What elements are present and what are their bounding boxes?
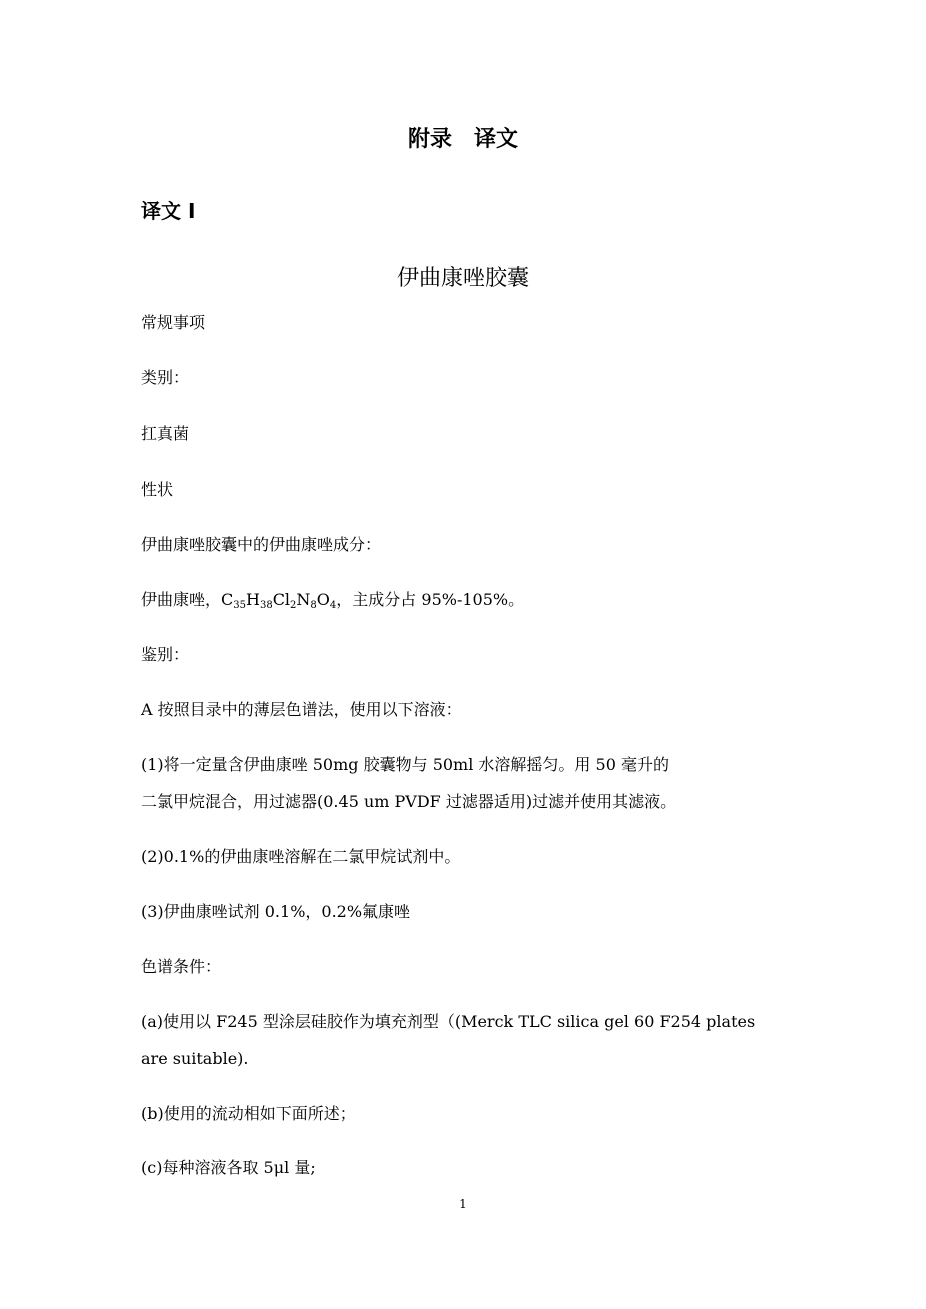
paragraph-condition-a-1: (a)使用以 F245 型涂层硅胶作为填充剂型（(Merck TLC silic… — [141, 1012, 755, 1032]
paragraph-general: 常规事项 — [141, 313, 205, 333]
paragraph-category-label: 类别： — [141, 368, 189, 388]
section-heading: 译文 I — [141, 195, 195, 224]
paragraph-condition-a-2: are suitable). — [141, 1049, 249, 1069]
paragraph-formula: 伊曲康唑，C35H38Cl2N8O4，主成分占 95%-105%。 — [141, 590, 524, 616]
paragraph-solution-3: (3)伊曲康唑试剂 0.1%，0.2%氟康唑 — [141, 902, 410, 922]
paragraph-solution-2: (2)0.1%的伊曲康唑溶解在二氯甲烷试剂中。 — [141, 847, 460, 867]
paragraph-solution-1a: (1)将一定量含伊曲康唑 50mg 胶囊物与 50ml 水溶解摇匀。用 50 毫… — [141, 755, 669, 775]
paragraph-tlc-method: A 按照目录中的薄层色谱法，使用以下溶液： — [141, 700, 462, 720]
paragraph-chromatography-conditions: 色谱条件： — [141, 957, 221, 977]
paragraph-condition-b: (b)使用的流动相如下面所述； — [141, 1104, 356, 1124]
page-number: 1 — [0, 1197, 926, 1211]
formula-suffix: ，主成分占 95%-105%。 — [336, 590, 524, 609]
document-title: 伊曲康唑胶囊 — [0, 261, 926, 292]
paragraph-content: 伊曲康唑胶囊中的伊曲康唑成分： — [141, 535, 381, 555]
paragraph-solution-1b: 二氯甲烷混合，用过滤器(0.45 um PVDF 过滤器适用)过滤并使用其滤液。 — [141, 792, 676, 812]
formula-prefix: 伊曲康唑， — [141, 590, 221, 609]
paragraph-condition-c: (c)每种溶液各取 5μl 量; — [141, 1158, 316, 1178]
chemical-formula: C35H38Cl2N8O4 — [221, 590, 336, 609]
paragraph-category-value: 扛真菌 — [141, 424, 189, 444]
appendix-heading: 附录 译文 — [0, 122, 926, 153]
paragraph-description: 性状 — [141, 480, 173, 500]
paragraph-identification: 鉴别： — [141, 645, 189, 665]
